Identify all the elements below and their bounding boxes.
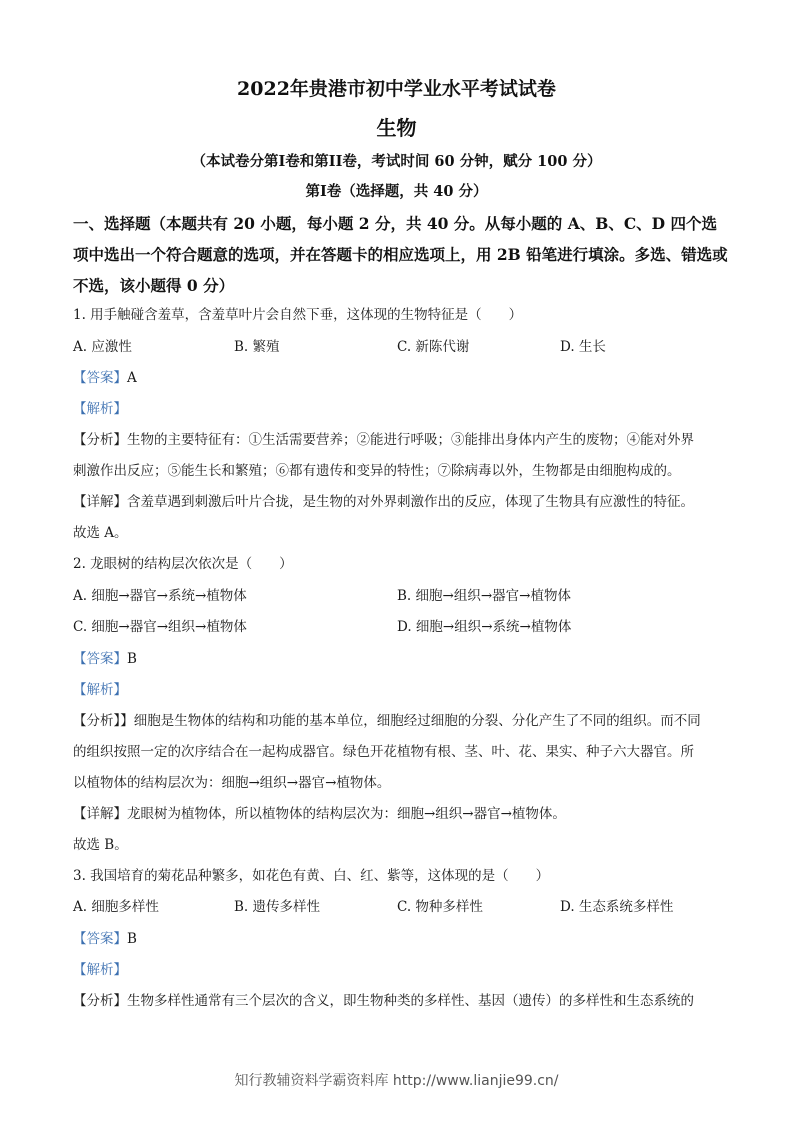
subject-title: 生物: [0, 112, 793, 141]
q3-option-c: C. 物种多样性: [397, 898, 483, 916]
q1-option-d: D. 生长: [560, 338, 606, 356]
exam-note: （本试卷分第I卷和第II卷，考试时间 60 分钟，赋分 100 分）: [0, 150, 793, 171]
fenxi-text: 细胞是生物体的结构和功能的基本单位，细胞经过细胞的分裂、分化产生了不同的组织。而…: [134, 713, 701, 729]
q3-option-b: B. 遗传多样性: [234, 898, 320, 916]
answer-label: 【答案】: [73, 651, 127, 667]
q2-analysis-label: 【解析】: [73, 681, 733, 699]
q1-option-c: C. 新陈代谢: [397, 338, 469, 356]
q2-fenxi-3: 以植物体的结构层次为：细胞→组织→器官→植物体。: [73, 774, 733, 792]
q1-option-b: B. 繁殖: [234, 338, 280, 356]
fenxi-text: 生物多样性通常有三个层次的含义，即生物种类的多样性、基因（遗传）的多样性和生态系…: [127, 993, 694, 1009]
q1-fenxi-2: 刺激作出反应；⑤能生长和繁殖；⑥都有遗传和变异的特性；⑦除病毒以外，生物都是由细…: [73, 462, 733, 480]
xiangjie-text: 龙眼树为植物体，所以植物体的结构层次为：细胞→组织→器官→植物体。: [127, 806, 566, 822]
exam-title: 2022年贵港市初中学业水平考试试卷: [0, 74, 793, 101]
q2-option-c: C. 细胞→器官→组织→植物体: [73, 618, 247, 636]
q3-analysis-label: 【解析】: [73, 961, 733, 979]
q1-xiangjie: 【详解】含羞草遇到刺激后叶片合拢，是生物的对外界刺激作出的反应，体现了生物具有应…: [73, 493, 733, 511]
footer-watermark: 知行教辅资料学霸资料库 http://www.lianjie99.cn/: [0, 1070, 793, 1090]
q3-option-d: D. 生态系统多样性: [560, 898, 673, 916]
analysis-label: 【解析】: [73, 962, 127, 978]
part-title: 第I卷（选择题，共 40 分）: [0, 180, 793, 201]
answer-label: 【答案】: [73, 370, 127, 386]
q2-fenxi-1: 【分析】】细胞是生物体的结构和功能的基本单位，细胞经过细胞的分裂、分化产生了不同…: [73, 712, 733, 730]
question-1-stem: 1. 用手触碰含羞草，含羞草叶片会自然下垂，这体现的生物特征是（ ）: [73, 306, 733, 324]
q2-option-a: A. 细胞→器官→系统→植物体: [73, 587, 247, 605]
question-3-stem: 3. 我国培育的菊花品种繁多，如花色有黄、白、红、紫等，这体现的是（ ）: [73, 867, 733, 885]
q3-answer: 【答案】B: [73, 930, 733, 948]
answer-value: B: [127, 931, 137, 947]
q1-analysis-label: 【解析】: [73, 400, 733, 418]
question-2-stem: 2. 龙眼树的结构层次依次是（ ）: [73, 555, 733, 573]
fenxi-label: 【分析】: [73, 993, 127, 1009]
xiangjie-label: 【详解】: [73, 494, 127, 510]
q2-fenxi-2: 的组织按照一定的次序结合在一起构成器官。绿色开花植物有根、茎、叶、花、果实、种子…: [73, 743, 733, 761]
q2-answer: 【答案】B: [73, 650, 733, 668]
section-heading: 一、选择题（本题共有 20 小题，每小题 2 分，共 40 分。从每小题的 A、…: [73, 208, 728, 301]
answer-label: 【答案】: [73, 931, 127, 947]
exam-page: 2022年贵港市初中学业水平考试试卷 生物 （本试卷分第I卷和第II卷，考试时间…: [0, 0, 793, 1122]
q1-conclusion: 故选 A。: [73, 524, 733, 542]
q3-fenxi-1: 【分析】生物多样性通常有三个层次的含义，即生物种类的多样性、基因（遗传）的多样性…: [73, 992, 733, 1010]
analysis-label: 【解析】: [73, 682, 127, 698]
q2-xiangjie: 【详解】龙眼树为植物体，所以植物体的结构层次为：细胞→组织→器官→植物体。: [73, 805, 733, 823]
answer-value: B: [127, 651, 137, 667]
analysis-label: 【解析】: [73, 401, 127, 417]
q1-option-a: A. 应激性: [73, 338, 132, 356]
q2-option-d: D. 细胞→组织→系统→植物体: [397, 618, 571, 636]
fenxi-text: 生物的主要特征有：①生活需要营养；②能进行呼吸；③能排出身体内产生的废物；④能对…: [127, 432, 694, 448]
q2-conclusion: 故选 B。: [73, 836, 733, 854]
fenxi-label: 【分析】】: [73, 713, 134, 729]
xiangjie-text: 含羞草遇到刺激后叶片合拢，是生物的对外界刺激作出的反应，体现了生物具有应激性的特…: [127, 494, 694, 510]
q1-fenxi-1: 【分析】生物的主要特征有：①生活需要营养；②能进行呼吸；③能排出身体内产生的废物…: [73, 431, 733, 449]
q1-answer: 【答案】A: [73, 369, 733, 387]
xiangjie-label: 【详解】: [73, 806, 127, 822]
q2-option-b: B. 细胞→组织→器官→植物体: [397, 587, 571, 605]
fenxi-label: 【分析】: [73, 432, 127, 448]
answer-value: A: [127, 370, 137, 386]
q3-option-a: A. 细胞多样性: [73, 898, 159, 916]
